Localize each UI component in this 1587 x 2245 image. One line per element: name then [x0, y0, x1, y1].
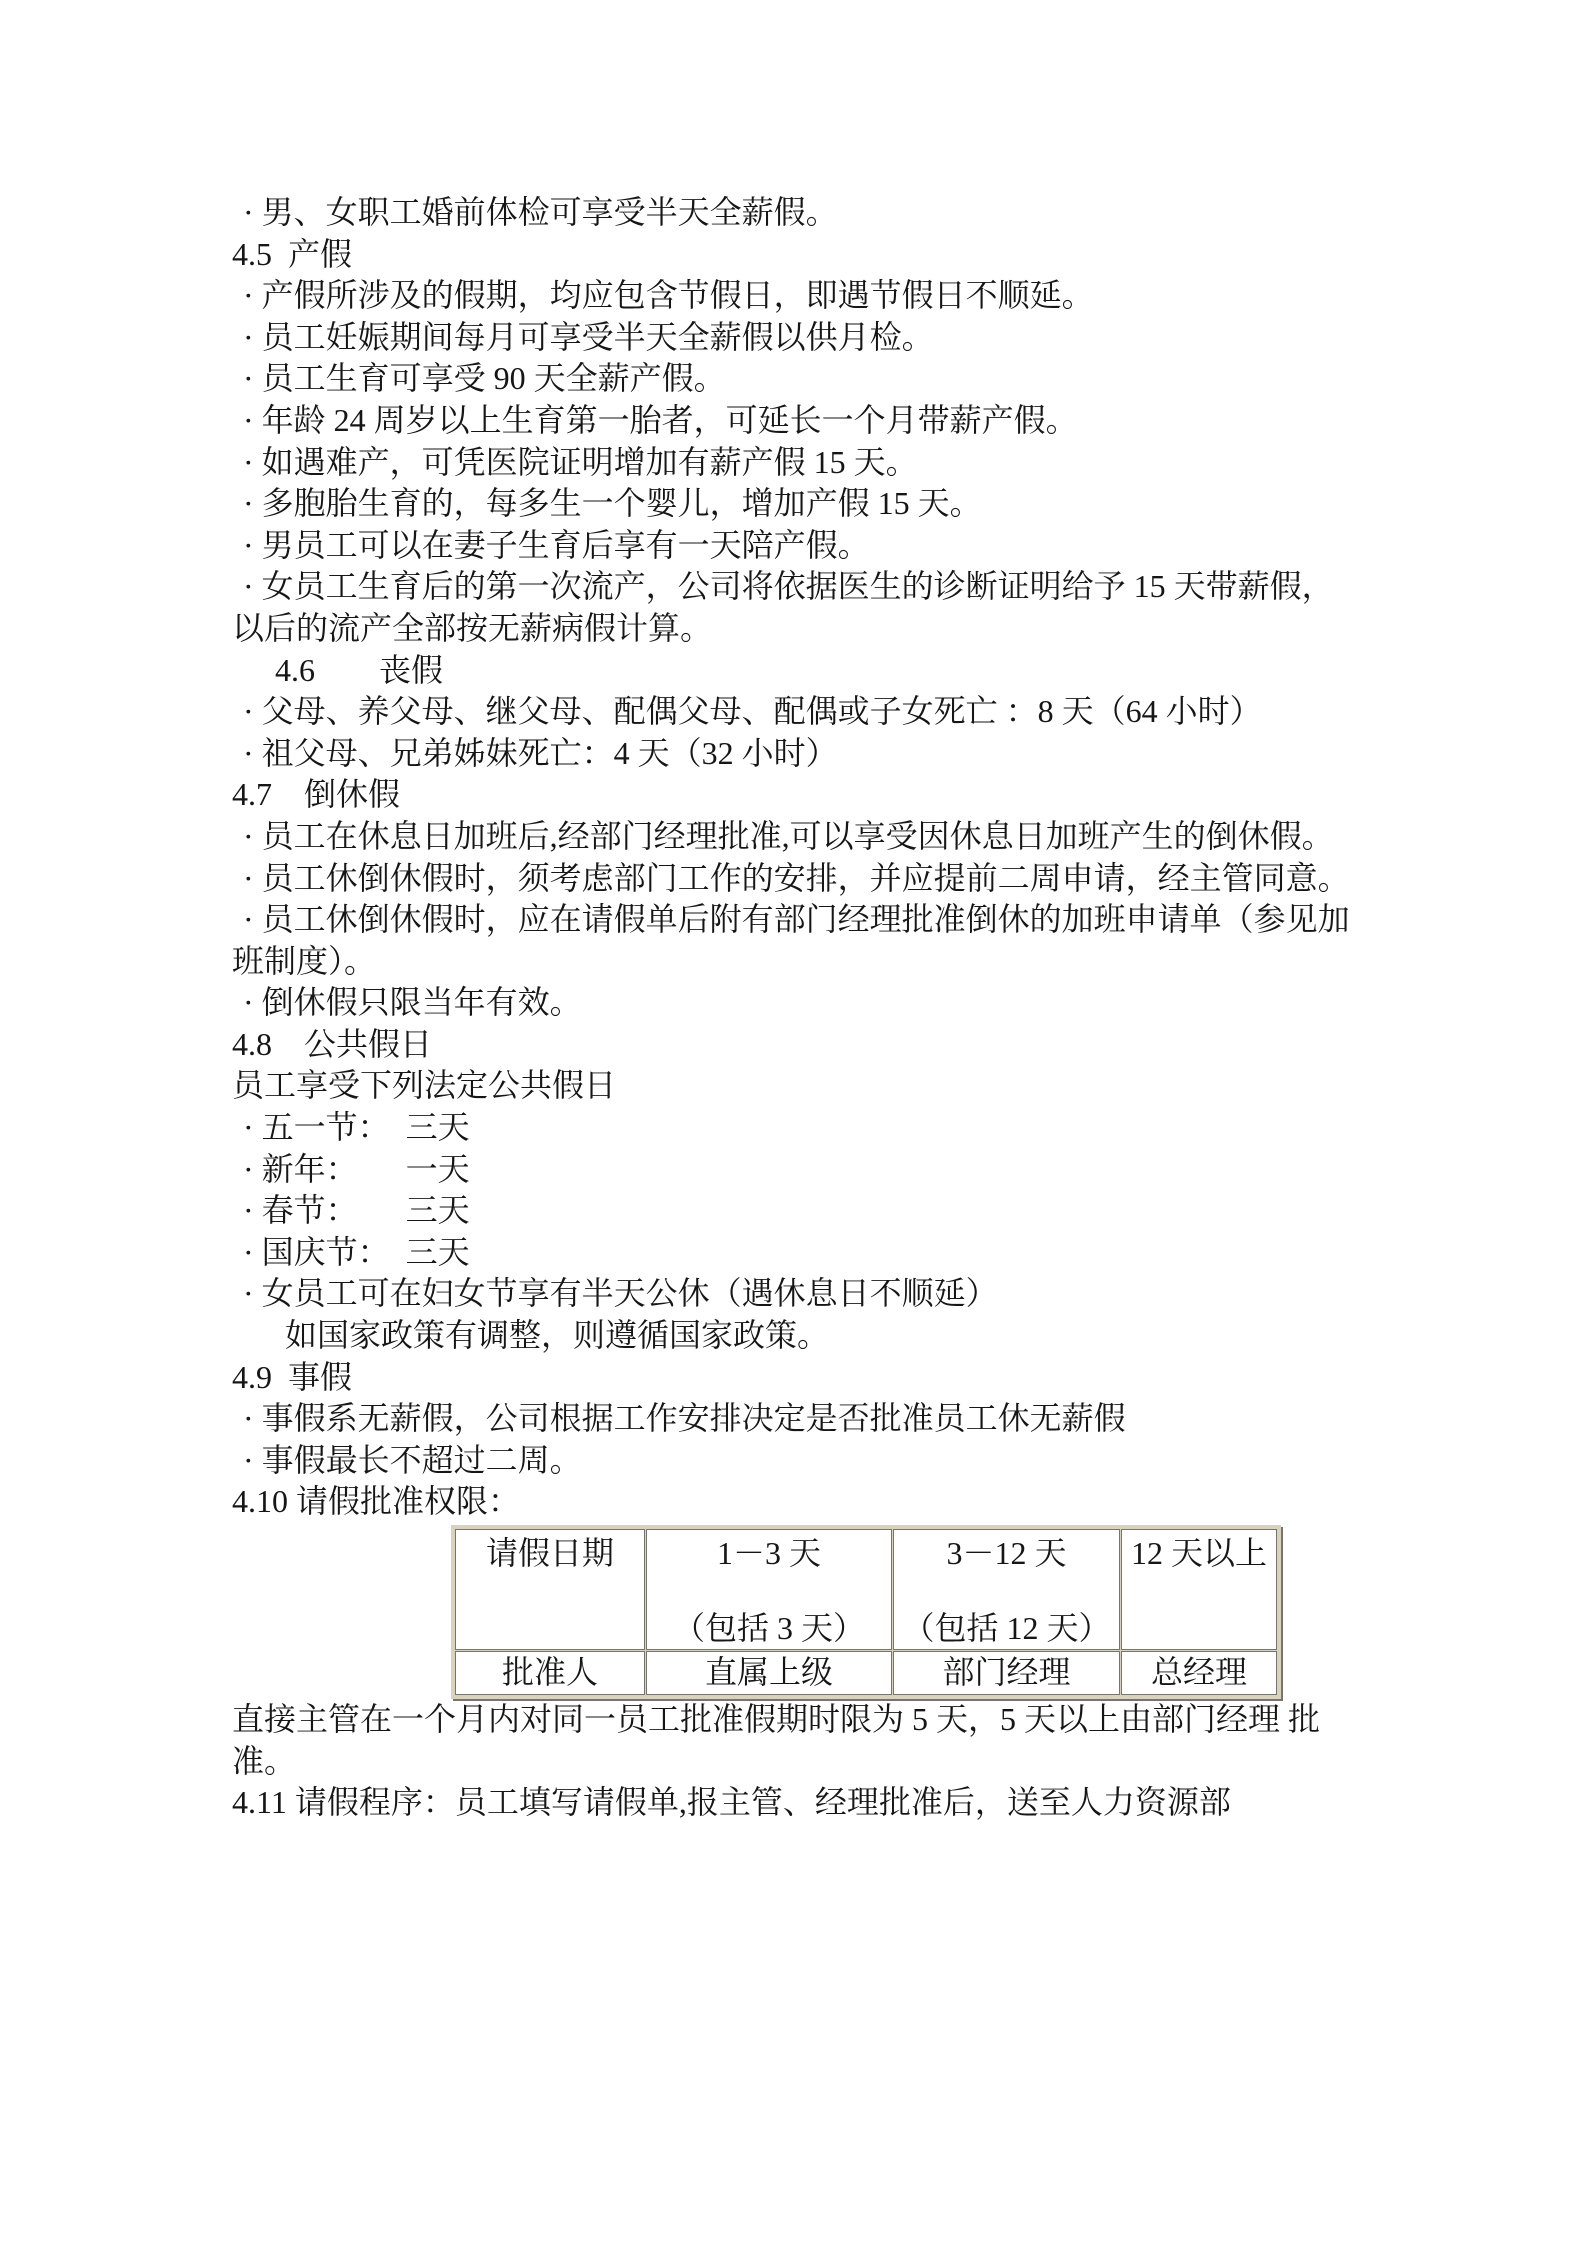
text-line: 4.7 倒休假 [232, 774, 1537, 816]
document-page: · 男、女职工婚前体检可享受半天全薪假。4.5 产假· 产假所涉及的假期，均应包… [0, 0, 1587, 2245]
text-line: · 年龄 24 周岁以上生育第一胎者，可延长一个月带薪产假。 [232, 400, 1537, 442]
table-row-approver: 批准人直属上级部门经理总经理 [455, 1651, 1277, 1695]
text-line: · 事假最长不超过二周。 [232, 1440, 1537, 1482]
policy-text-lower: 直接主管在一个月内对同一员工批准假期时限为 5 天，5 天以上由部门经理 批准。… [232, 1699, 1537, 1824]
table-cell: 批准人 [455, 1651, 645, 1695]
text-line: 4.8 公共假日 [232, 1024, 1537, 1066]
table-cell: 直属上级 [646, 1651, 892, 1695]
text-line: 4.9 事假 [232, 1357, 1537, 1399]
cell-line: 3－12 天 [894, 1533, 1119, 1575]
leave-approval-table: 请假日期1－3 天（包括 3 天）3－12 天（包括 12 天）12 天以上批准… [451, 1525, 1281, 1699]
cell-line: 12 天以上 [1122, 1533, 1276, 1575]
text-line: 直接主管在一个月内对同一员工批准假期时限为 5 天，5 天以上由部门经理 批 [232, 1699, 1537, 1741]
cell-line: （包括 3 天） [647, 1608, 891, 1650]
text-line: · 多胞胎生育的，每多生一个婴儿，增加产假 15 天。 [232, 483, 1537, 525]
table-cell: 3－12 天（包括 12 天） [893, 1529, 1120, 1650]
text-line: 4.5 产假 [232, 234, 1537, 276]
text-line: · 员工生育可享受 90 天全薪产假。 [232, 358, 1537, 400]
text-line: · 父母、养父母、继父母、配偶父母、配偶或子女死亡 ：8 天（64 小时） [232, 691, 1537, 733]
text-line: 员工享受下列法定公共假日 [232, 1065, 1537, 1107]
text-line: · 春节： 三天 [232, 1190, 1537, 1232]
text-line: · 女员工可在妇女节享有半天公休（遇休息日不顺延） [232, 1273, 1537, 1315]
text-line: 4.6 丧假 [232, 650, 1537, 692]
cell-line: （包括 12 天） [894, 1608, 1119, 1650]
text-line: 4.11 请假程序：员工填写请假单,报主管、经理批准后，送至人力资源部 [232, 1782, 1537, 1824]
text-line: · 男员工可以在妻子生育后享有一天陪产假。 [232, 525, 1537, 567]
text-line: · 如遇难产，可凭医院证明增加有薪产假 15 天。 [232, 442, 1537, 484]
document-body: · 男、女职工婚前体检可享受半天全薪假。4.5 产假· 产假所涉及的假期，均应包… [0, 0, 1587, 1824]
text-line: · 祖父母、兄弟姊妹死亡：4 天（32 小时） [232, 733, 1537, 775]
text-line: 以后的流产全部按无薪病假计算。 [232, 608, 1537, 650]
table-cell: 部门经理 [893, 1651, 1120, 1695]
text-line: · 新年： 一天 [232, 1149, 1537, 1191]
policy-text-upper: · 男、女职工婚前体检可享受半天全薪假。4.5 产假· 产假所涉及的假期，均应包… [232, 192, 1537, 1523]
text-line: · 倒休假只限当年有效。 [232, 982, 1537, 1024]
text-line: 准。 [232, 1741, 1537, 1783]
table-cell: 请假日期 [455, 1529, 645, 1650]
text-line: · 国庆节： 三天 [232, 1232, 1537, 1274]
table-cell: 1－3 天（包括 3 天） [646, 1529, 892, 1650]
text-line: · 产假所涉及的假期，均应包含节假日，即遇节假日不顺延。 [232, 275, 1537, 317]
cell-line: 1－3 天 [647, 1533, 891, 1575]
text-line: 如国家政策有调整，则遵循国家政策。 [232, 1315, 1537, 1357]
text-line: 4.10 请假批准权限： [232, 1481, 1537, 1523]
text-line: · 事假系无薪假，公司根据工作安排决定是否批准员工休无薪假 [232, 1398, 1537, 1440]
text-line: · 员工妊娠期间每月可享受半天全薪假以供月检。 [232, 317, 1537, 359]
table-row-leave-duration: 请假日期1－3 天（包括 3 天）3－12 天（包括 12 天）12 天以上 [455, 1529, 1277, 1650]
text-line: · 女员工生育后的第一次流产，公司将依据医生的诊断证明给予 15 天带薪假， [232, 566, 1537, 608]
text-line: · 员工休倒休假时，应在请假单后附有部门经理批准倒休的加班申请单（参见加 [232, 899, 1537, 941]
cell-line: 请假日期 [456, 1533, 644, 1575]
table-cell: 12 天以上 [1121, 1529, 1277, 1650]
text-line: 班制度）。 [232, 941, 1537, 983]
text-line: · 员工在休息日加班后,经部门经理批准,可以享受因休息日加班产生的倒休假。 [232, 816, 1537, 858]
text-line: · 员工休倒休假时，须考虑部门工作的安排，并应提前二周申请，经主管同意。 [232, 858, 1537, 900]
table-cell: 总经理 [1121, 1651, 1277, 1695]
text-line: · 五一节： 三天 [232, 1107, 1537, 1149]
text-line: · 男、女职工婚前体检可享受半天全薪假。 [232, 192, 1537, 234]
